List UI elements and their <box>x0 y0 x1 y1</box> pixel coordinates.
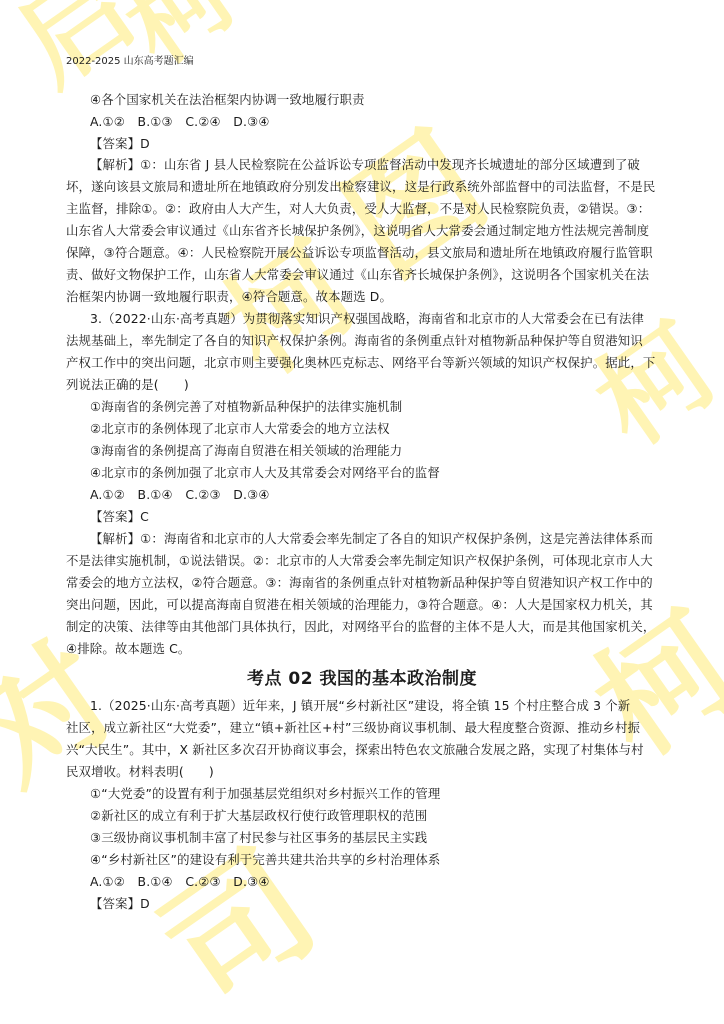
choices-line: A.①② B.①④ C.②③ D.③④ <box>90 486 685 503</box>
analysis-line: 常委会的地方立法权，②符合题意。③：海南省的条例重点针对植物新品种保护等自贸港知… <box>66 574 661 591</box>
question-stem: 产权工作中的突出问题，北京市则主要强化奥林匹克标志、网络平台等新兴领域的知识产权… <box>66 354 661 371</box>
choices-line: A.①② B.①③ C.②④ D.③④ <box>90 113 685 130</box>
answer-line: 【答案】C <box>90 508 685 525</box>
question-stem: 社区，成立新社区“大党委”，建立“镇+新社区+村”三级协商议事机制、最大程度整合… <box>66 719 661 736</box>
analysis-line: ④排除。故本题选 C。 <box>66 640 661 657</box>
option-line: ③海南省的条例提高了海南自贸港在相关领域的治理能力 <box>90 442 685 459</box>
section-title: 考点 02 我国的基本政治制度 <box>0 664 724 689</box>
option-line: ①“大党委”的设置有利于加强基层党组织对乡村振兴工作的管理 <box>90 785 685 802</box>
question-stem: 3.（2022·山东·高考真题）为贯彻落实知识产权强国战略，海南省和北京市的人大… <box>90 310 685 327</box>
analysis-line: 不是法律实施机制，①说法错误。②：北京市的人大常委会率先制定知识产权保护条例，可… <box>66 552 661 569</box>
question-stem: 民双增收。材料表明( ) <box>66 763 661 780</box>
option-line: ④“乡村新社区”的建设有利于完善共建共治共享的乡村治理体系 <box>90 851 685 868</box>
option-line: ②新社区的成立有利于扩大基层政权行使行政管理职权的范围 <box>90 807 685 824</box>
choices-line: A.①② B.①④ C.②③ D.③④ <box>90 873 685 890</box>
analysis-line: 突出问题，因此，可以提高海南自贸港在相关领域的治理能力，③符合题意。④：人大是国… <box>66 596 661 613</box>
document-page: 2022-2025 山东高考题汇编 ④各个国家机关在法治框架内协调一致地履行职责… <box>0 0 724 1024</box>
analysis-line: 主监督，排除①。②：政府由人大产生，对人大负责，受人大监督，不是对人民检察院负责… <box>66 200 661 217</box>
question-stem: 法规基础上，率先制定了各自的知识产权保护条例。海南省的条例重点针对植物新品种保护… <box>66 332 661 349</box>
analysis-line: 【解析】①：海南省和北京市的人大常委会率先制定了各自的知识产权保护条例，这是完善… <box>90 530 685 547</box>
analysis-line: 治框架内协调一致地履行职责，④符合题意。故本题选 D。 <box>66 288 661 305</box>
analysis-line: 保障，③符合题意。④：人民检察院开展公益诉讼专项监督活动，县文旅局和遗址所在地镇… <box>66 244 661 261</box>
analysis-line: 坏，遂向该县文旅局和遗址所在地镇政府分别发出检察建议，这是行政系统外部监督中的司… <box>66 178 661 195</box>
option-line: ④北京市的条例加强了北京市人大及其常委会对网络平台的监督 <box>90 464 685 481</box>
question-stem: 列说法正确的是( ) <box>66 376 661 393</box>
answer-line: 【答案】D <box>90 895 685 912</box>
analysis-line: 责、做好文物保护工作，山东省人大常委会审议通过《山东省齐长城保护条例》，这说明各… <box>66 266 661 283</box>
question-stem: 兴“大民生”。其中，X 新社区多次召开协商议事会，探索出特色农文旅融合发展之路，… <box>66 741 661 758</box>
analysis-line: 山东省人大常委会审议通过《山东省齐长城保护条例》，这说明省人大常委会通过制定地方… <box>66 222 661 239</box>
page-header: 2022-2025 山东高考题汇编 <box>66 52 194 67</box>
option-line: ④各个国家机关在法治框架内协调一致地履行职责 <box>90 91 685 108</box>
answer-line: 【答案】D <box>90 135 685 152</box>
option-line: ②北京市的条例体现了北京市人大常委会的地方立法权 <box>90 420 685 437</box>
option-line: ③三级协商议事机制丰富了村民参与社区事务的基层民主实践 <box>90 829 685 846</box>
question-stem: 1.（2025·山东·高考真题）近年来，J 镇开展“乡村新社区”建设，将全镇 1… <box>90 697 685 714</box>
analysis-line: 【解析】①：山东省 J 县人民检察院在公益诉讼专项监督活动中发现齐长城遗址的部分… <box>90 156 685 173</box>
analysis-line: 制定的决策、法律等由其他部门具体执行，因此，对网络平台的监督的主体不是人大，而是… <box>66 618 661 635</box>
option-line: ①海南省的条例完善了对植物新品种保护的法律实施机制 <box>90 398 685 415</box>
